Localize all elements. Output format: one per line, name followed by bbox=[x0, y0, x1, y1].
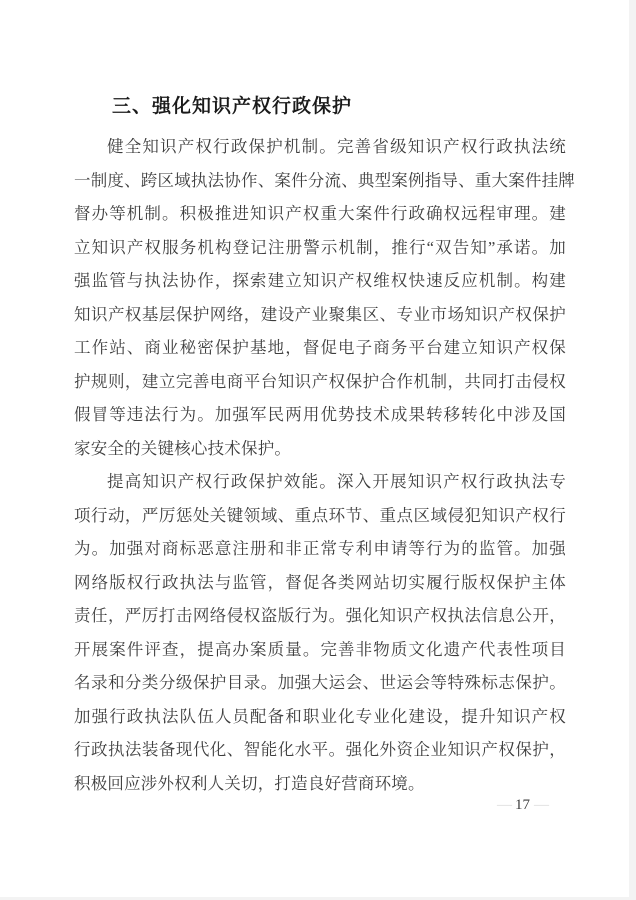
document-page: 三、强化知识产权行政保护 健全知识产权行政保护机制。完善省级知识产权行政执法统一… bbox=[0, 0, 636, 900]
text-line: 为。加强对商标恶意注册和非正常专利申请等行为的监管。加强 bbox=[74, 532, 566, 566]
body-text: 健全知识产权行政保护机制。完善省级知识产权行政执法统一制度、跨区域执法协作、案件… bbox=[74, 130, 566, 800]
paragraph-2: 提高知识产权行政保护效能。深入开展知识产权行政执法专项行动，严厉惩处关键领域、重… bbox=[74, 465, 566, 800]
text-line: 知识产权基层保护网络，建设产业聚集区、专业市场知识产权保护 bbox=[74, 298, 566, 332]
text-line: 项行动，严厉惩处关键领域、重点环节、重点区域侵犯知识产权行 bbox=[74, 499, 566, 533]
text-line: 名录和分类分级保护目录。加强大运会、世运会等特殊标志保护。 bbox=[74, 666, 566, 700]
text-line: 立知识产权服务机构登记注册警示机制，推行“双告知”承诺。加 bbox=[74, 231, 566, 265]
text-line: 强监管与执法协作，探索建立知识产权维权快速反应机制。构建 bbox=[74, 264, 566, 298]
section-heading: 三、强化知识产权行政保护 bbox=[74, 92, 566, 122]
page-content: 三、强化知识产权行政保护 健全知识产权行政保护机制。完善省级知识产权行政执法统一… bbox=[74, 92, 566, 800]
text-line: 责任，严厉打击网络侵权盗版行为。强化知识产权执法信息公开， bbox=[74, 599, 566, 633]
text-line: 提高知识产权行政保护效能。深入开展知识产权行政执法专 bbox=[74, 465, 566, 499]
text-line: 加强行政执法队伍人员配备和职业化专业化建设，提升知识产权 bbox=[74, 700, 566, 734]
text-line: 家安全的关键核心技术保护。 bbox=[74, 432, 566, 466]
page-number-dash-right: — bbox=[534, 797, 548, 813]
text-line: 假冒等违法行为。加强军民两用优势技术成果转移转化中涉及国 bbox=[74, 398, 566, 432]
page-footer: —17— bbox=[74, 794, 566, 816]
text-line: 督办等机制。积极推进知识产权重大案件行政确权远程审理。建 bbox=[74, 197, 566, 231]
paragraph-1: 健全知识产权行政保护机制。完善省级知识产权行政执法统一制度、跨区域执法协作、案件… bbox=[74, 130, 566, 465]
text-line: 行政执法装备现代化、智能化水平。强化外资企业知识产权保护， bbox=[74, 733, 566, 767]
text-line: 护规则，建立完善电商平台知识产权保护合作机制，共同打击侵权 bbox=[74, 365, 566, 399]
page-number: 17 bbox=[511, 797, 534, 813]
page-number-dash-left: — bbox=[497, 797, 511, 813]
text-line: 开展案件评查，提高办案质量。完善非物质文化遗产代表性项目 bbox=[74, 633, 566, 667]
text-line: 健全知识产权行政保护机制。完善省级知识产权行政执法统 bbox=[74, 130, 566, 164]
text-line: 一制度、跨区域执法协作、案件分流、典型案例指导、重大案件挂牌 bbox=[74, 164, 566, 198]
text-line: 工作站、商业秘密保护基地，督促电子商务平台建立知识产权保 bbox=[74, 331, 566, 365]
text-line: 网络版权行政执法与监管，督促各类网站切实履行版权保护主体 bbox=[74, 566, 566, 600]
